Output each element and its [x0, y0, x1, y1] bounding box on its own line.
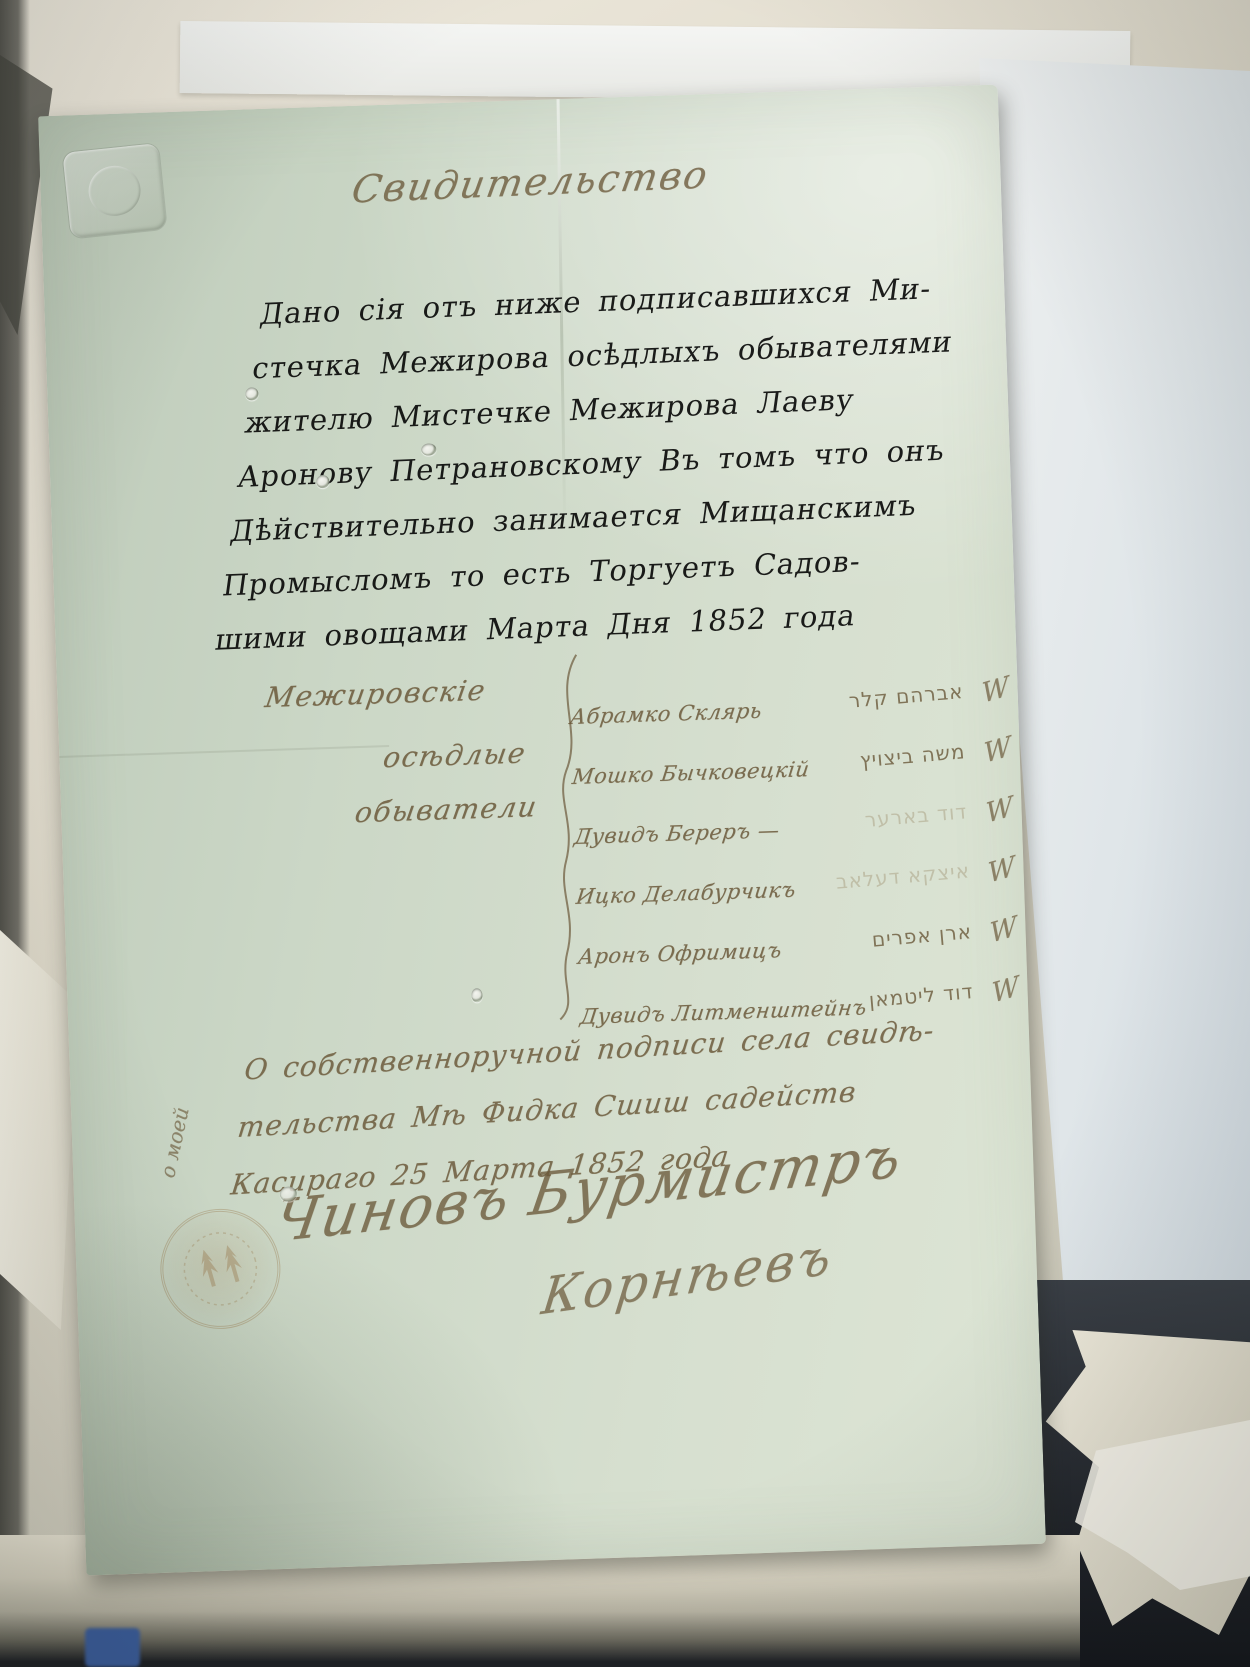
round-ink-seal	[146, 1195, 294, 1343]
signers-group-label: Межировскіе	[263, 674, 489, 715]
hebrew-signature: איצקא דעלאב	[835, 858, 971, 893]
signature-paraph: W	[987, 851, 1017, 890]
signature-paraph: W	[989, 911, 1019, 950]
document-title: Свидительство	[287, 150, 775, 214]
signature-list: Абрамко Склярь אברהם קלר W Мошко Бычкове…	[569, 670, 1021, 1044]
signers-group-label: обыватели	[353, 790, 540, 829]
signer-name: Мошко Бычковецкій	[571, 757, 811, 789]
signer-name: Абрамко Склярь	[569, 699, 764, 729]
embossed-paper-seal	[62, 143, 166, 238]
signature-paraph: W	[981, 671, 1011, 710]
hebrew-signature: אברהם קלר	[848, 679, 964, 713]
signer-name: Дувидъ Береръ —	[573, 818, 781, 849]
horizontal-crease	[59, 745, 389, 758]
signer-name: Ицко Делабурчикъ	[575, 878, 798, 909]
document-page: Свидительство Дано сія отъ ниже подписав…	[38, 84, 1046, 1575]
hebrew-signature: משה ביצויץ	[859, 739, 966, 772]
blue-cover-fragment	[85, 1628, 140, 1667]
photo-of-document: Свидительство Дано сія отъ ниже подписав…	[0, 0, 1250, 1667]
hebrew-signature: דוד בארער	[864, 799, 968, 832]
signer-name: Аронъ Офримицъ	[577, 938, 784, 969]
signature-paraph: W	[985, 791, 1015, 830]
hebrew-signature: ארן אפרים	[871, 919, 973, 951]
seal-tree-emblem	[167, 1216, 273, 1322]
body-paragraph: Дано сія отъ ниже подписавшихся Ми- стеч…	[212, 257, 1032, 666]
signers-group-label: осѣдлые	[381, 736, 529, 774]
paper-hole	[471, 988, 482, 1002]
signature-paraph: W	[983, 731, 1013, 770]
margin-annotation: о моей	[155, 1105, 194, 1180]
embossed-seal-center	[86, 163, 143, 218]
